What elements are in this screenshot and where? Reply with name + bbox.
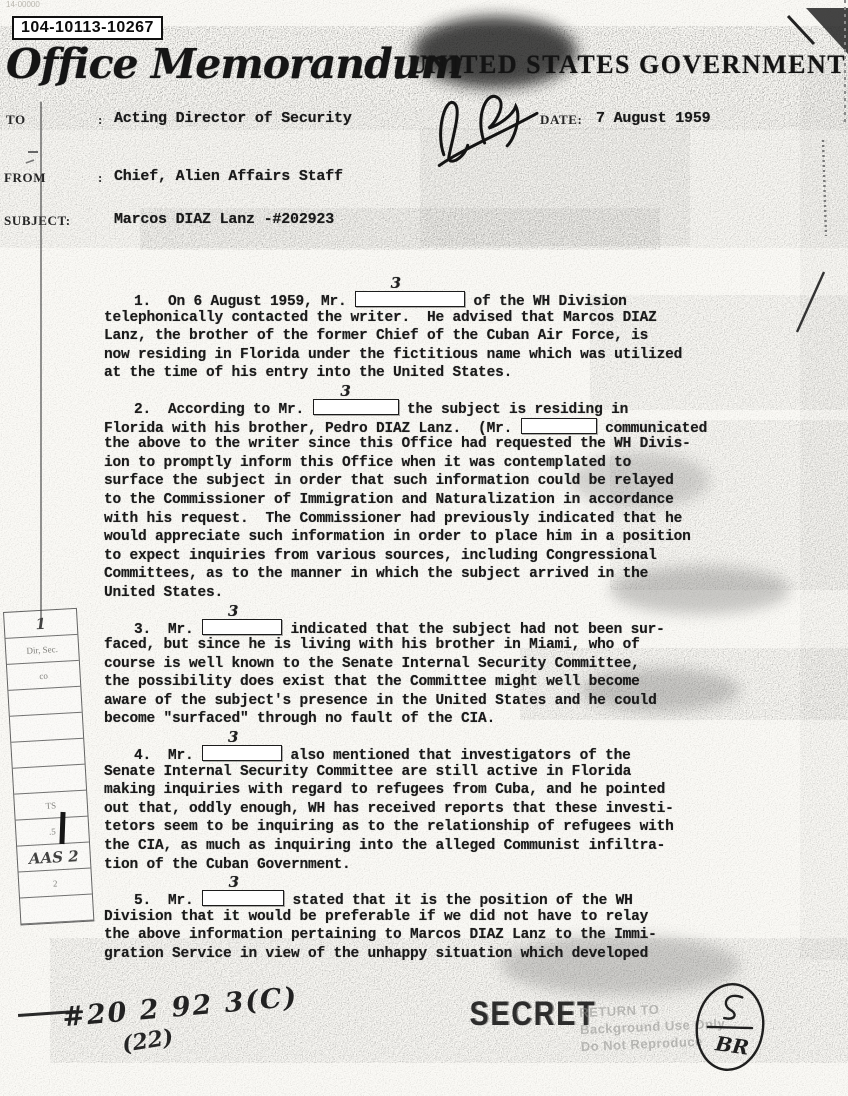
memo-body: 1. On 6 August 1959, Mr. 3 of the WH Div… <box>104 291 764 980</box>
secret-classification-stamp: SECRET <box>470 994 597 1034</box>
memo-text: stated that it is the position of the WH <box>284 893 633 909</box>
memo-line: ion to promptly inform this Office when … <box>104 455 764 474</box>
memo-line: course is well known to the Senate Inter… <box>104 656 764 675</box>
paragraph: 5. Mr. 3 stated that it is the position … <box>104 890 764 964</box>
redaction-box <box>521 418 597 434</box>
memo-line: the possibility does exist that the Comm… <box>104 674 764 693</box>
memo-line: to expect inquiries from various sources… <box>104 548 764 567</box>
routing-row <box>20 894 93 924</box>
memo-text: making inquiries with regard to refugees… <box>104 782 665 798</box>
memo-text: 1. On 6 August 1959, Mr. <box>134 294 355 310</box>
memo-line: Committees, as to the manner in which th… <box>104 566 764 585</box>
memo-line: Division that it would be preferable if … <box>104 909 764 928</box>
memo-text: to expect inquiries from various sources… <box>104 548 657 564</box>
memo-line: Senate Internal Security Committee are s… <box>104 764 764 783</box>
memo-line: 4. Mr. 3 also mentioned that investigato… <box>104 745 764 764</box>
memo-line: United States. <box>104 585 764 604</box>
memo-text: the possibility does exist that the Comm… <box>104 674 640 690</box>
redaction-box: 3 <box>202 745 282 761</box>
from-value: Chief, Alien Affairs Staff <box>114 168 343 185</box>
memo-text: faced, but since he is living with his b… <box>104 637 640 653</box>
memo-text: surface the subject in order that such i… <box>104 473 674 489</box>
memo-text: Senate Internal Security Committee are s… <box>104 764 631 780</box>
memo-line: with his request. The Commissioner had p… <box>104 511 764 530</box>
paragraph: 1. On 6 August 1959, Mr. 3 of the WH Div… <box>104 291 764 384</box>
memo-text: tion of the Cuban Government. <box>104 857 351 873</box>
memo-line: surface the subject in order that such i… <box>104 473 764 492</box>
memo-text: at the time of his entry into the United… <box>104 365 512 381</box>
record-number-stamp: 104-10113-10267 <box>12 16 163 40</box>
memo-line: 1. On 6 August 1959, Mr. 3 of the WH Div… <box>104 291 764 310</box>
government-title: UNITED STATES GOVERNMENT <box>408 50 846 80</box>
memo-line: 3. Mr. 3 indicated that the subject had … <box>104 619 764 638</box>
routing-row: TS <box>14 791 87 821</box>
memo-text: Division that it would be preferable if … <box>104 909 648 925</box>
routing-row <box>8 687 81 717</box>
handwritten-note: 3 <box>391 274 401 292</box>
memo-text: ion to promptly inform this Office when … <box>104 455 631 471</box>
memo-text: also mentioned that investigators of the <box>282 748 631 764</box>
memo-text: gration Service in view of the unhappy s… <box>104 946 648 962</box>
memo-text: would appreciate such information in ord… <box>104 529 691 545</box>
memo-line: gration Service in view of the unhappy s… <box>104 946 764 965</box>
routing-row <box>11 739 84 769</box>
handwritten-note: 3 <box>340 382 350 400</box>
routing-row <box>13 765 86 795</box>
routing-row: .5 <box>16 817 89 847</box>
memo-text: become "surfaced" through no fault of th… <box>104 711 495 727</box>
memo-line: Lanz, the brother of the former Chief of… <box>104 328 764 347</box>
paragraph: 2. According to Mr. 3 the subject is res… <box>104 399 764 604</box>
memo-line: tion of the Cuban Government. <box>104 857 764 876</box>
title-separator-dot: • <box>392 66 404 87</box>
memo-line: become "surfaced" through no fault of th… <box>104 711 764 730</box>
memo-line: would appreciate such information in ord… <box>104 529 764 548</box>
from-colon: : <box>98 170 103 186</box>
memo-line: at the time of his entry into the United… <box>104 365 764 384</box>
memo-line: 5. Mr. 3 stated that it is the position … <box>104 890 764 909</box>
memo-text: with his request. The Commissioner had p… <box>104 511 682 527</box>
memo-text: tetors seem to be inquiring as to the re… <box>104 819 674 835</box>
memo-line: faced, but since he is living with his b… <box>104 637 764 656</box>
memo-line: out that, oddly enough, WH has received … <box>104 801 764 820</box>
paragraph: 4. Mr. 3 also mentioned that investigato… <box>104 745 764 875</box>
memo-text: out that, oddly enough, WH has received … <box>104 801 674 817</box>
memo-line: to the Commissioner of Immigration and N… <box>104 492 764 511</box>
signature-scribble <box>430 84 550 169</box>
subject-label: SUBJECT: <box>4 213 71 229</box>
memo-line: the above to the writer since this Offic… <box>104 436 764 455</box>
memo-line: Florida with his brother, Pedro DIAZ Lan… <box>104 418 764 437</box>
memo-text: telephonically contacted the writer. He … <box>104 310 657 326</box>
memo-line: aware of the subject's presence in the U… <box>104 693 764 712</box>
memo-text: 3. Mr. <box>134 622 202 638</box>
handwritten-note: 3 <box>228 602 238 620</box>
memo-text: Committees, as to the manner in which th… <box>104 566 648 582</box>
redaction-box: 3 <box>202 619 282 635</box>
handwritten-note: 3 <box>229 873 239 891</box>
memo-text: Lanz, the brother of the former Chief of… <box>104 328 648 344</box>
memo-text: 4. Mr. <box>134 748 202 764</box>
routing-row: AAS 2 <box>17 843 90 873</box>
memo-line: making inquiries with regard to refugees… <box>104 782 764 801</box>
memo-line: now residing in Florida under the fictit… <box>104 347 764 366</box>
memo-text: the above information pertaining to Marc… <box>104 927 657 943</box>
routing-row: co <box>7 661 80 691</box>
memo-line: 2. According to Mr. 3 the subject is res… <box>104 399 764 418</box>
routing-row: Dir, Sec. <box>6 635 79 665</box>
memo-text: 5. Mr. <box>134 893 202 909</box>
routing-row: 2 <box>19 869 92 899</box>
memo-text: 2. According to Mr. <box>134 402 313 418</box>
paragraph: 3. Mr. 3 indicated that the subject had … <box>104 619 764 731</box>
to-value: Acting Director of Security <box>114 110 352 127</box>
memo-text: of the WH Division <box>465 294 627 310</box>
memo-text: communicated <box>597 421 708 437</box>
routing-row <box>10 713 83 743</box>
redaction-box: 3 <box>202 890 284 906</box>
memo-text: United States. <box>104 585 223 601</box>
date-value: 7 August 1959 <box>596 110 710 127</box>
memo-text: the CIA, as much as inquiring into the a… <box>104 838 665 854</box>
to-label: TO <box>6 112 26 128</box>
subject-value: Marcos DIAZ Lanz -#202923 <box>114 211 334 228</box>
to-colon: : <box>98 112 103 128</box>
memo-text: Florida with his brother, Pedro DIAZ Lan… <box>104 421 521 437</box>
memo-text: indicated that the subject had not been … <box>282 622 665 638</box>
memo-line: the CIA, as much as inquiring into the a… <box>104 838 764 857</box>
memo-line: telephonically contacted the writer. He … <box>104 310 764 329</box>
memo-text: course is well known to the Senate Inter… <box>104 656 640 672</box>
memo-text: the subject is residing in <box>399 402 629 418</box>
memo-text: the above to the writer since this Offic… <box>104 436 691 452</box>
memo-line: the above information pertaining to Marc… <box>104 927 764 946</box>
handwritten-note: 3 <box>228 728 238 746</box>
circled-initials-text: BR <box>713 1031 751 1060</box>
redaction-box: 3 <box>313 399 399 415</box>
memo-line: tetors seem to be inquiring as to the re… <box>104 819 764 838</box>
memo-text: now residing in Florida under the fictit… <box>104 347 682 363</box>
circled-initials-mark: BR <box>688 980 772 1074</box>
faint-archive-code: 14-00000 <box>6 0 40 9</box>
left-margin-rule <box>40 102 42 618</box>
record-number-text: 104-10113-10267 <box>21 19 154 36</box>
memo-text: aware of the subject's presence in the U… <box>104 693 657 709</box>
memo-text: to the Commissioner of Immigration and N… <box>104 492 674 508</box>
redaction-box: 3 <box>355 291 465 307</box>
memo-page: 14-00000 104-10113-10267 Office Memorand… <box>0 0 848 1096</box>
